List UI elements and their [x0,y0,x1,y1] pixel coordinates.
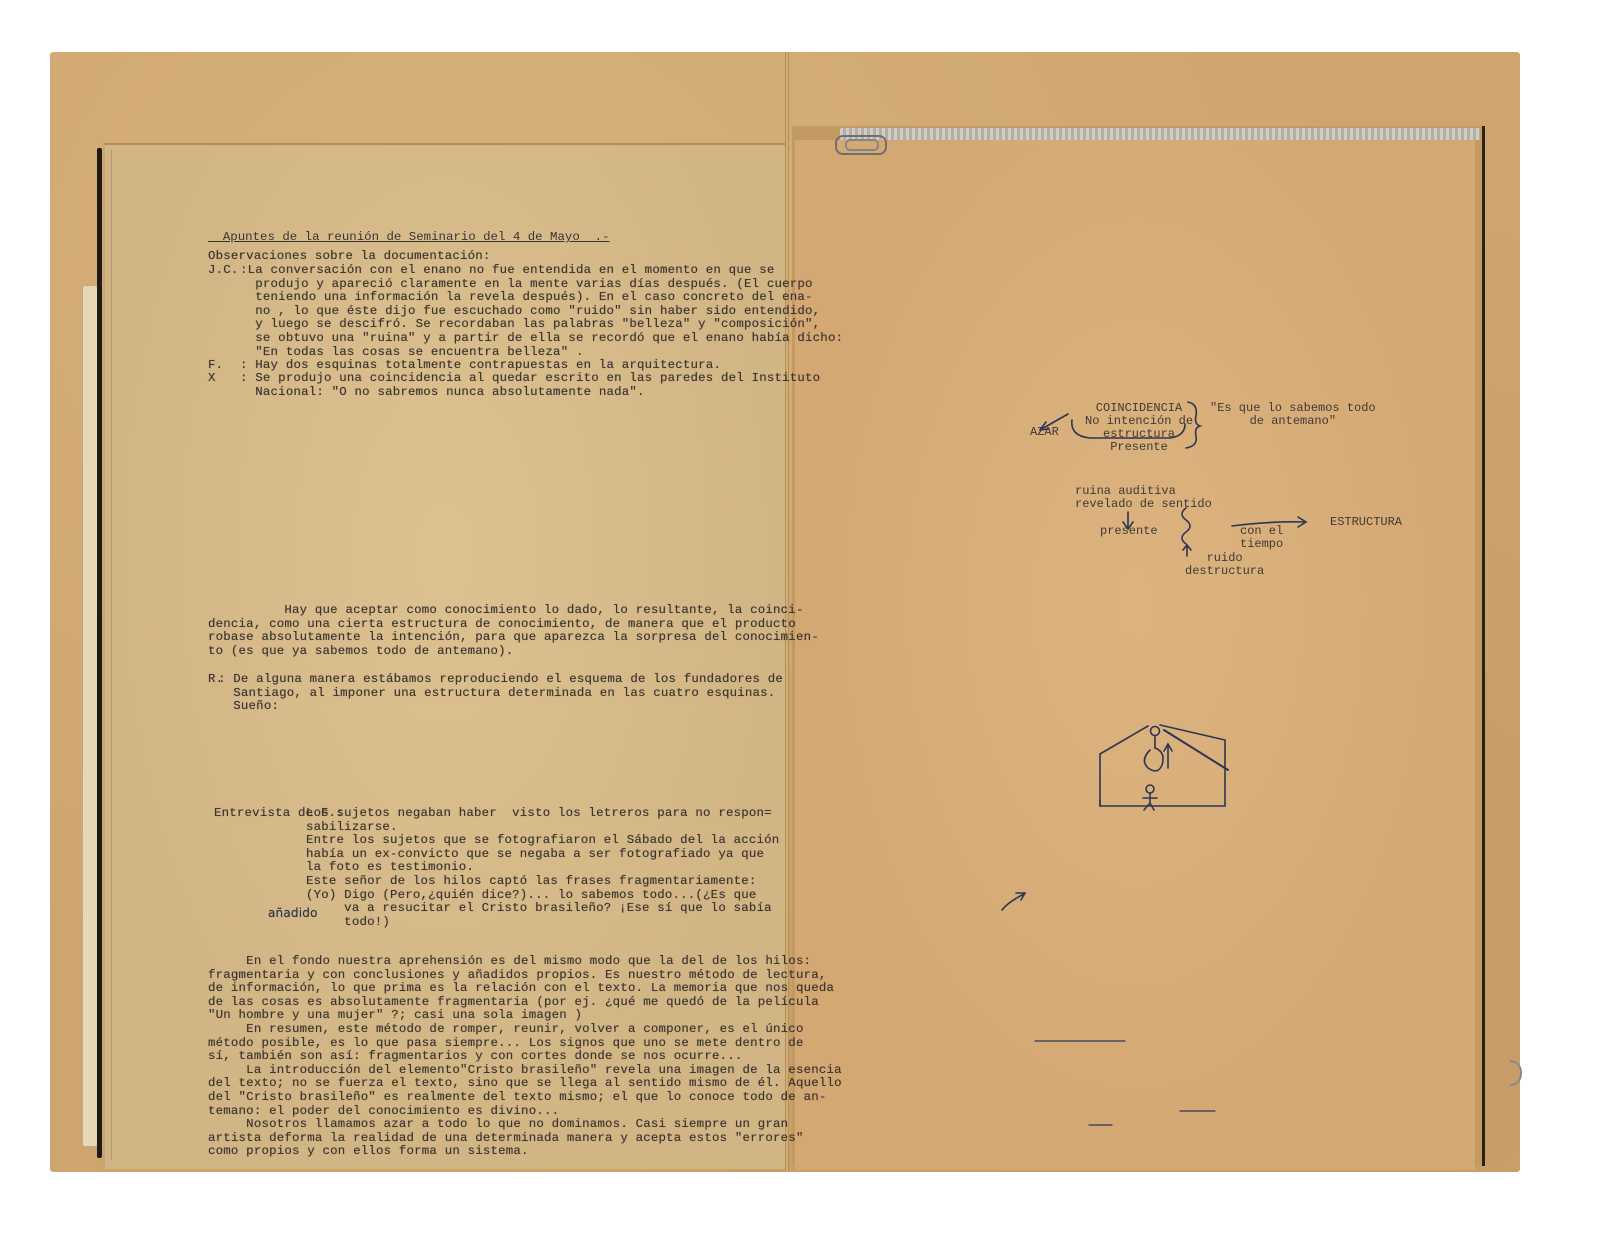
left-page-fold-line [111,150,112,1160]
left-binder-strip [82,285,98,1147]
diagram-azar-label: AZAR [1030,426,1059,439]
diagram-presente-label: presente [1100,525,1158,538]
title-suffix: .- [580,230,610,244]
paragraph-coincidencia: Hay que aceptar como conocimiento lo dad… [208,604,819,658]
entry-r-text: : De alguna manera estábamos reproducien… [218,673,783,714]
paperclip-inner-icon [845,139,879,151]
diagram-ruido-block: ruido destructura [1185,552,1264,578]
interview-text: Los sujetos negaban haber visto los letr… [306,807,779,929]
document-title: Apuntes de la reunión de Seminario del 4… [208,216,610,244]
diagram-ruina-block: ruina auditiva revelado de sentido [1075,485,1212,511]
title-text: Apuntes de la reunión de Seminario del 4… [223,230,580,244]
speaker-x: X [208,372,216,386]
right-page [795,140,1475,1170]
diagram-con-el-tiempo: con el tiempo [1240,525,1283,551]
entry-jc-text: :La conversación con el enano no fue ent… [240,264,843,359]
entry-x-text: : Se produjo una coincidencia al quedar … [240,372,820,399]
section-heading: Observaciones sobre la documentación: [208,250,491,264]
diagram-quote: "Es que lo sabemos todo de antemano" [1210,402,1376,428]
diagram-estructura-label: ESTRUCTURA [1330,516,1402,529]
diagram-coincidencia-block: COINCIDENCIA No intención de estructura … [1085,402,1193,454]
speaker-jc: J.C. [208,264,239,278]
paragraph-method: En el fondo nuestra aprehensión es del m… [208,955,842,1159]
annotation-anadido: añadido [268,907,318,921]
binder-ring-icon [1510,1060,1522,1086]
right-page-top-edge [840,128,1480,140]
left-page-edge [97,148,102,1158]
